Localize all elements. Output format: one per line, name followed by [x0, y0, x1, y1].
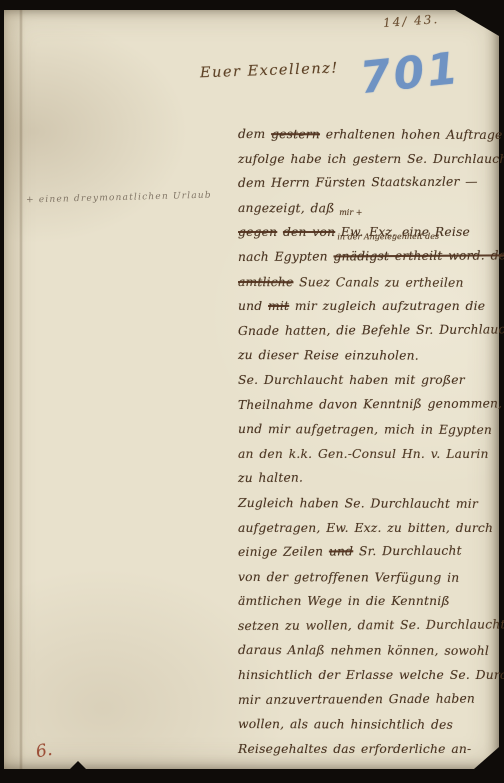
handwritten-text: nach Egypten	[238, 249, 334, 264]
manuscript-line: von der getroffenen Verfügung in	[238, 565, 500, 591]
handwritten-text: zu halten.	[238, 471, 303, 485]
manuscript-line: mir anzuvertrauenden Gnade haben	[238, 686, 500, 712]
handwritten-text: hinsichtlich der Erlasse welche Se. Durc…	[238, 668, 504, 682]
handwritten-text: an den k.k. Gen.-Consul Hn. v. Laurin	[238, 447, 489, 461]
manuscript-line: zufolge habe ich gestern Se. Durchlaucht	[238, 147, 500, 172]
interlinear-insertion: mir +	[339, 209, 362, 217]
manuscript-line: dem gestern erhaltenen hohen Auftrage	[238, 122, 500, 148]
handwritten-text: Theilnahme davon Kenntniß genommen,	[238, 396, 502, 412]
torn-corner-top-right	[455, 10, 499, 36]
handwritten-text: Gnade hatten, die Befehle Sr. Durchlauch…	[238, 322, 504, 338]
manuscript-line: Theilnahme davon Kenntniß genommen,	[238, 391, 500, 417]
handwritten-text: und	[238, 299, 268, 313]
handwritten-text: aufgetragen, Ew. Exz. zu bitten, durch	[238, 521, 493, 535]
manuscript-line: hinsichtlich der Erlasse welche Se. Durc…	[238, 663, 500, 688]
manuscript-line: und mir aufgetragen, mich in Egypten	[238, 417, 500, 443]
manuscript-line: zu dieser Reise einzuholen.	[238, 343, 500, 369]
handwritten-text: einige Zeilen	[238, 545, 329, 560]
marginal-note: + einen dreymonatlichen Urlaub	[26, 191, 212, 206]
folio-number: 14/ 43.	[383, 12, 440, 30]
bottom-page-number: 6.	[34, 740, 53, 763]
manuscript-line: daraus Anlaß nehmen können, sowohl	[238, 638, 500, 664]
manuscript-line: an den k.k. Gen.-Consul Hn. v. Laurin	[238, 442, 500, 467]
manuscript-line: dem Herrn Fürsten Staatskanzler —	[238, 170, 500, 196]
handwritten-text: Se. Durchlaucht haben mit großer	[238, 373, 465, 387]
handwritten-text: dem	[238, 127, 271, 141]
manuscript-body: dem gestern erhaltenen hohen Auftragezuf…	[238, 122, 500, 768]
handwritten-text: und mir aufgetragen, mich in Egypten	[238, 422, 492, 437]
manuscript-line: Reisegehaltes das erforderliche an-	[238, 737, 500, 762]
manuscript-line: Se. Durchlaucht haben mit großer	[238, 368, 500, 393]
handwritten-text: setzen zu wollen, damit Se. Durchlaucht	[238, 617, 504, 633]
manuscript-line: zu halten.	[238, 465, 500, 491]
handwritten-text: zu dieser Reise einzuholen.	[238, 348, 419, 363]
handwritten-text: dem Herrn Fürsten Staatskanzler —	[238, 175, 478, 190]
handwritten-text: daraus Anlaß nehmen können, sowohl	[238, 643, 489, 658]
handwritten-text: mir zugleich aufzutragen die	[289, 299, 485, 313]
scan-background: 14/ 43. 701 Euer Excellenz! + einen drey…	[0, 0, 504, 783]
handwritten-text: Suez Canals zu ertheilen	[293, 275, 463, 290]
handwritten-text: Reisegehaltes das erforderliche an-	[238, 742, 471, 756]
manuscript-line: und mit mir zugleich aufzutragen die	[238, 294, 500, 319]
handwritten-text: erhaltenen hohen Auftrage	[320, 127, 503, 142]
manuscript-line: amtliche Suez Canals zu ertheilen	[238, 270, 500, 296]
handwritten-text: wollen, als auch hinsichtlich des	[238, 717, 453, 732]
struck-text: gnädigst ertheilt word. denin der Angele…	[333, 248, 504, 263]
handwritten-text: ämtlichen Wege in die Kenntniß	[238, 594, 450, 608]
manuscript-line: wollen, als auch hinsichtlich des	[238, 712, 500, 738]
interlinear-insertion: in der Angelegenheit des	[337, 233, 439, 242]
manuscript-line: setzen zu wollen, damit Se. Durchlaucht	[238, 612, 500, 638]
struck-text: gegen	[238, 225, 277, 239]
handwritten-text: angezeigt, daß	[238, 201, 335, 215]
manuscript-line: Gnade hatten, die Befehle Sr. Durchlauch…	[238, 317, 500, 343]
binding-crease	[19, 10, 23, 769]
struck-text: mit	[268, 299, 289, 313]
manuscript-line: Zugleich haben Se. Durchlaucht mir	[238, 491, 500, 517]
handwritten-text: Zugleich haben Se. Durchlaucht mir	[238, 496, 478, 511]
manuscript-line: aufgetragen, Ew. Exz. zu bitten, durch	[238, 516, 500, 541]
archival-number-blue: 701	[358, 43, 464, 104]
manuscript-line: nach Egypten gnädigst ertheilt word. den…	[238, 243, 500, 269]
handwritten-text: Sr. Durchlaucht	[353, 544, 462, 559]
manuscript-line: ämtlichen Wege in die Kenntniß	[238, 589, 500, 614]
struck-text: und	[329, 544, 353, 558]
struck-text: amtliche	[238, 275, 294, 289]
manuscript-line: angezeigt, daß	[238, 196, 500, 222]
handwritten-text: mir anzuvertrauenden Gnade haben	[238, 691, 475, 706]
salutation-heading: Euer Excellenz!	[200, 61, 330, 82]
struck-text: den von	[283, 225, 335, 239]
manuscript-line: einige Zeilen und Sr. Durchlaucht	[238, 538, 500, 564]
manuscript-page: 14/ 43. 701 Euer Excellenz! + einen drey…	[4, 10, 499, 769]
bottom-edge-notch	[70, 761, 86, 769]
handwritten-text: zufolge habe ich gestern Se. Durchlaucht	[238, 152, 504, 166]
struck-text: gestern	[271, 127, 320, 141]
handwritten-text: von der getroffenen Verfügung in	[238, 570, 459, 585]
